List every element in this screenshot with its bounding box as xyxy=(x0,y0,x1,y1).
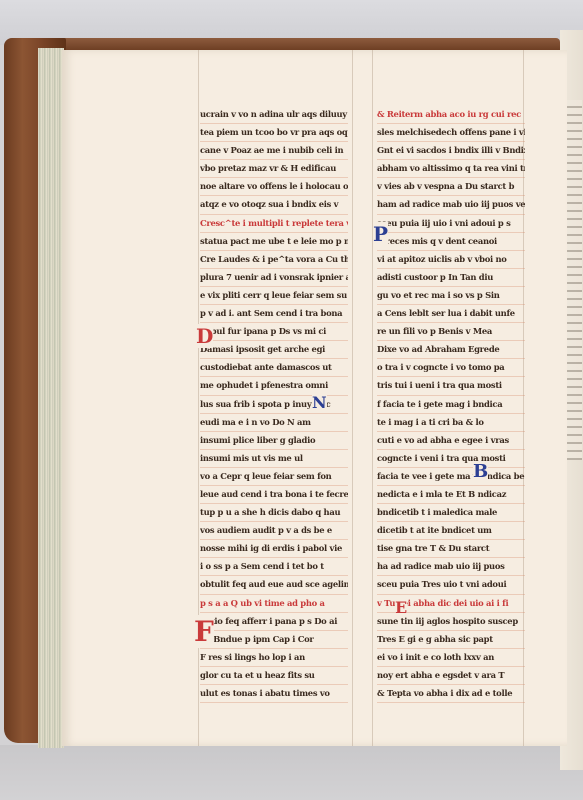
manuscript-line: Tres E gi e g abha sic papt xyxy=(377,631,525,649)
manuscript-line: tea piem un tcoo bo vr pra aqs oq xyxy=(200,124,348,142)
manuscript-line: vos audiem audit p v a ds be e xyxy=(200,522,348,540)
manuscript-line: tise gna tre T & Du starct xyxy=(377,540,525,558)
manuscript-line: P reces mis q v dent ceanoi xyxy=(377,233,525,251)
manuscript-line: noy ert abha e egsdet v ara T xyxy=(377,667,525,685)
manuscript-line: eudi ma e i n vo Do N am xyxy=(200,414,348,432)
manuscript-line: cogncte i veni i tra qua mosti xyxy=(377,450,525,468)
manuscript-line: vo a Cepr q leue feiar sem fon xyxy=(200,468,348,486)
manuscript-line: plura 7 uenir ad i vonsrak ipnier ao xyxy=(200,269,348,287)
manuscript-line: Cre Laudes & i pe^ta vora a Cu tha xyxy=(200,251,348,269)
manuscript-line: sceu puia iij uio i vni adoui p s xyxy=(377,215,525,233)
manuscript-line: vi at apitoz uiclis ab v vboi no xyxy=(377,251,525,269)
manuscript-line: adisti custoor p In Tan diu xyxy=(377,269,525,287)
manuscript-line: statua pact me ube t e leie mo p nos xyxy=(200,233,348,251)
manuscript-line: f facia te i gete mag i bndica xyxy=(377,396,525,414)
manuscript-line: v vies ab v vespna a Du starct b xyxy=(377,178,525,196)
manuscript-line: ulut es tonas i abatu times vo xyxy=(200,685,348,703)
manuscript-line: vbo pretaz maz vr & H edificau xyxy=(200,160,348,178)
decorated-initial: D xyxy=(196,324,213,348)
manuscript-line: & Reiterm abha aco iu rg cui rec xyxy=(377,106,525,124)
manuscript-line: F res si lings ho lop i an xyxy=(200,649,348,667)
decorated-initial: F xyxy=(194,615,214,648)
manuscript-line: optio feq afferr i pana p s Do ai xyxy=(200,613,348,631)
ruling-line xyxy=(372,50,373,746)
manuscript-line: Dixe vo ad Abraham Egrede xyxy=(377,341,525,359)
manuscript-line: insumi mis ut vis me ul xyxy=(200,450,348,468)
manuscript-line: i o ss p a Sem cend i tet bo t xyxy=(200,558,348,576)
manuscript-line: tup p u a she h dicis dabo q hau xyxy=(200,504,348,522)
manuscript-line: atqz e vo otoqz sua i bndix eis v xyxy=(200,196,348,214)
manuscript-line: ei vo i init e co loth lxxv an xyxy=(377,649,525,667)
manuscript-line: bndicetib t i maledica male xyxy=(377,504,525,522)
decorated-initial: E xyxy=(395,598,407,617)
manuscript-line: insumi plice liber g gladio xyxy=(200,432,348,450)
manuscript-line: gu vo et rec ma i so vs p Sin xyxy=(377,287,525,305)
manuscript-line: te i mag i a ti cri ba & lo xyxy=(377,414,525,432)
manuscript-line: noe altare vo offens le i holocau ovo xyxy=(200,178,348,196)
manuscript-line: facia te vee i gete ma v Bndica be xyxy=(377,468,525,486)
manuscript-line: nedicta e i mla te Et B ndicaz xyxy=(377,486,525,504)
manuscript-line: abham vo altissimo q ta rea vini tr xyxy=(377,160,525,178)
manuscript-line: Damasi ipsosit get arche egi xyxy=(200,341,348,359)
manuscript-line: cuti e vo ad abha e egee i vras xyxy=(377,432,525,450)
manuscript-line: cane v Poaz ae me i nubib celi in xyxy=(200,142,348,160)
manuscript-line: ha ad radice mab uio iij puos xyxy=(377,558,525,576)
text-column-left: ucrain v vo n adina ulr aqs diluuy setea… xyxy=(200,106,348,703)
manuscript-line: nosse mihi ig di erdis i pabol vie xyxy=(200,540,348,558)
manuscript-line: i a Bndue p ipm Cap i Cor xyxy=(200,631,348,649)
manuscript-line: sles melchisedech offens pane i vini xyxy=(377,124,525,142)
manuscript-line: a Cens leblt ser lua i dabit unfe xyxy=(377,305,525,323)
decorated-initial: N xyxy=(312,393,327,412)
manuscript-line: e vix pliti cerr q leue feiar sem su xyxy=(200,287,348,305)
manuscript-line: custodiebat ante damascos ut xyxy=(200,359,348,377)
manuscript-line: glor cu ta et u heaz fits su xyxy=(200,667,348,685)
manuscript-line: tris tui i ueni i tra qua mosti xyxy=(377,377,525,395)
manuscript-line: ham ad radice mab uio iij puos ve xyxy=(377,196,525,214)
text-column-right: & Reiterm abha aco iu rg cui recsles mel… xyxy=(377,106,525,703)
manuscript-line: ucrain v vo n adina ulr aqs diluuy se xyxy=(200,106,348,124)
manuscript-line: p v ad i. ant Sem cend i tra bona xyxy=(200,305,348,323)
decorated-initial: P xyxy=(373,222,388,246)
manuscript-line: re un fili vo p Benis v Mea xyxy=(377,323,525,341)
page-edges xyxy=(38,48,64,748)
background-table xyxy=(0,745,583,800)
manuscript-line: Gnt ei vi sacdos i bndix illi v Bndix xyxy=(377,142,525,160)
manuscript-line: sceu puia Tres uio t vni adoui xyxy=(377,576,525,594)
manuscript-line: obtulit feq aud eue aud sce agelim xyxy=(200,576,348,594)
manuscript-line: & Tepta vo abha i dix ad e tolle xyxy=(377,685,525,703)
manuscript-line: dicetib t at ite bndicet um xyxy=(377,522,525,540)
facing-page-text xyxy=(566,100,582,460)
manuscript-line: p s a a Q ub vi time ad pho a xyxy=(200,595,348,613)
binding-top-edge xyxy=(12,38,560,50)
manuscript-line: i obul fur ipana p Ds vs mi ci xyxy=(200,323,348,341)
manuscript-line: leue aud cend i tra bona i te fecre xyxy=(200,486,348,504)
manuscript-line: Cresc^te i multipli t replete tera v Et … xyxy=(200,215,348,233)
manuscript-line: o tra i v cogncte i vo tomo pa xyxy=(377,359,525,377)
ruling-line xyxy=(352,50,353,746)
decorated-initial: B xyxy=(473,461,488,482)
